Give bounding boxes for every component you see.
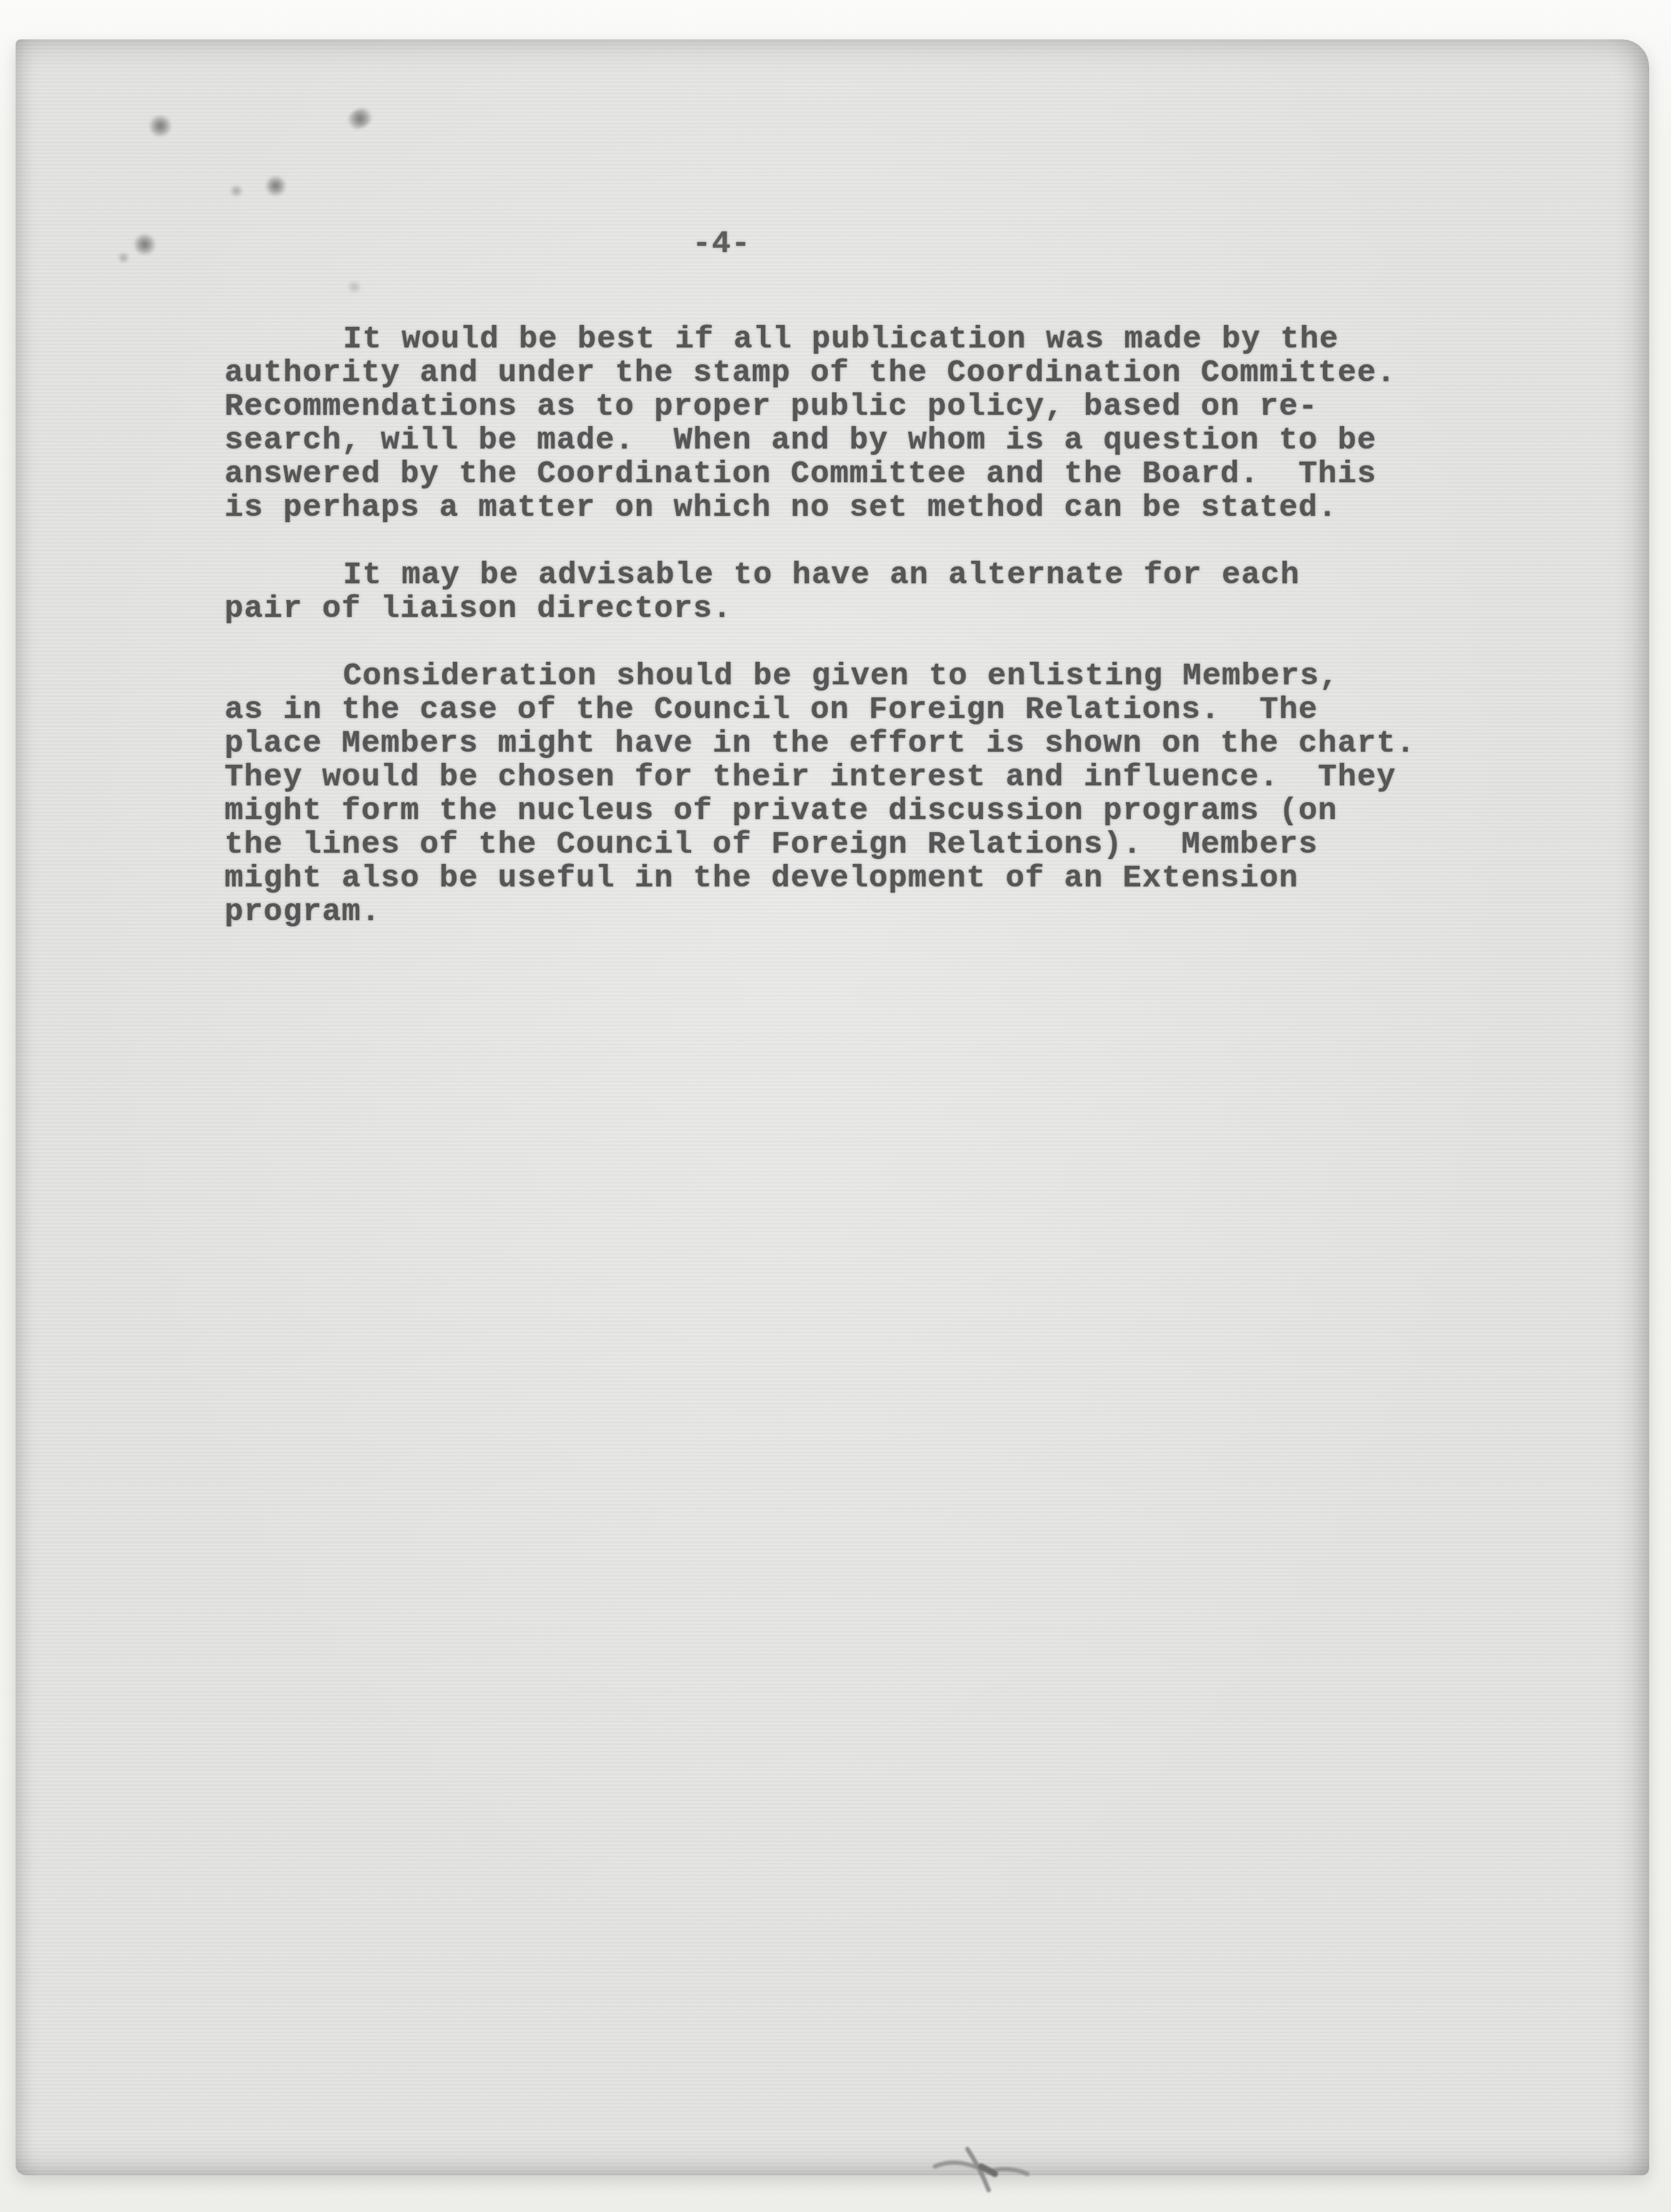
ink-speck (229, 185, 244, 196)
text-line: is perhaps a matter on which no set meth… (225, 492, 1478, 525)
ink-scribble-mark (928, 2140, 1040, 2196)
paragraph-alternates: It may be advisable to have an alternate… (225, 559, 1478, 626)
text-line: They would be chosen for their interest … (225, 761, 1478, 795)
text-line: authority and under the stamp of the Coo… (225, 357, 1478, 390)
text-line: It may be advisable to have an alternate… (225, 559, 1478, 593)
page-text: It would be best if all publication was … (225, 323, 1478, 963)
text-line: It would be best if all publication was … (225, 323, 1478, 357)
text-line: the lines of the Council of Foreign Rela… (225, 828, 1478, 862)
page-number: -4- (692, 226, 751, 262)
text-line: might form the nucleus of private discus… (225, 795, 1478, 828)
ink-speck (145, 112, 176, 140)
scan-background: -4- It would be best if all publication … (0, 0, 1671, 2212)
ink-speck (130, 230, 160, 260)
text-line: Recommendations as to proper public poli… (225, 390, 1478, 424)
paragraph-publication: It would be best if all publication was … (225, 323, 1478, 525)
ink-speck (342, 103, 378, 134)
ink-speck (265, 175, 286, 196)
paragraph-members: Consideration should be given to enlisti… (225, 660, 1478, 929)
document-page: -4- It would be best if all publication … (16, 39, 1649, 2175)
text-line: answered by the Coordination Committee a… (225, 458, 1478, 492)
text-line: as in the case of the Council on Foreign… (225, 694, 1478, 727)
text-line: program. (225, 896, 1478, 929)
text-line: search, will be made. When and by whom i… (225, 424, 1478, 458)
ink-speck (346, 281, 362, 293)
text-line: pair of liaison directors. (225, 593, 1478, 626)
text-line: Consideration should be given to enlisti… (225, 660, 1478, 694)
text-line: might also be useful in the development … (225, 862, 1478, 896)
ink-speck (117, 253, 130, 263)
text-line: place Members might have in the effort i… (225, 727, 1478, 761)
